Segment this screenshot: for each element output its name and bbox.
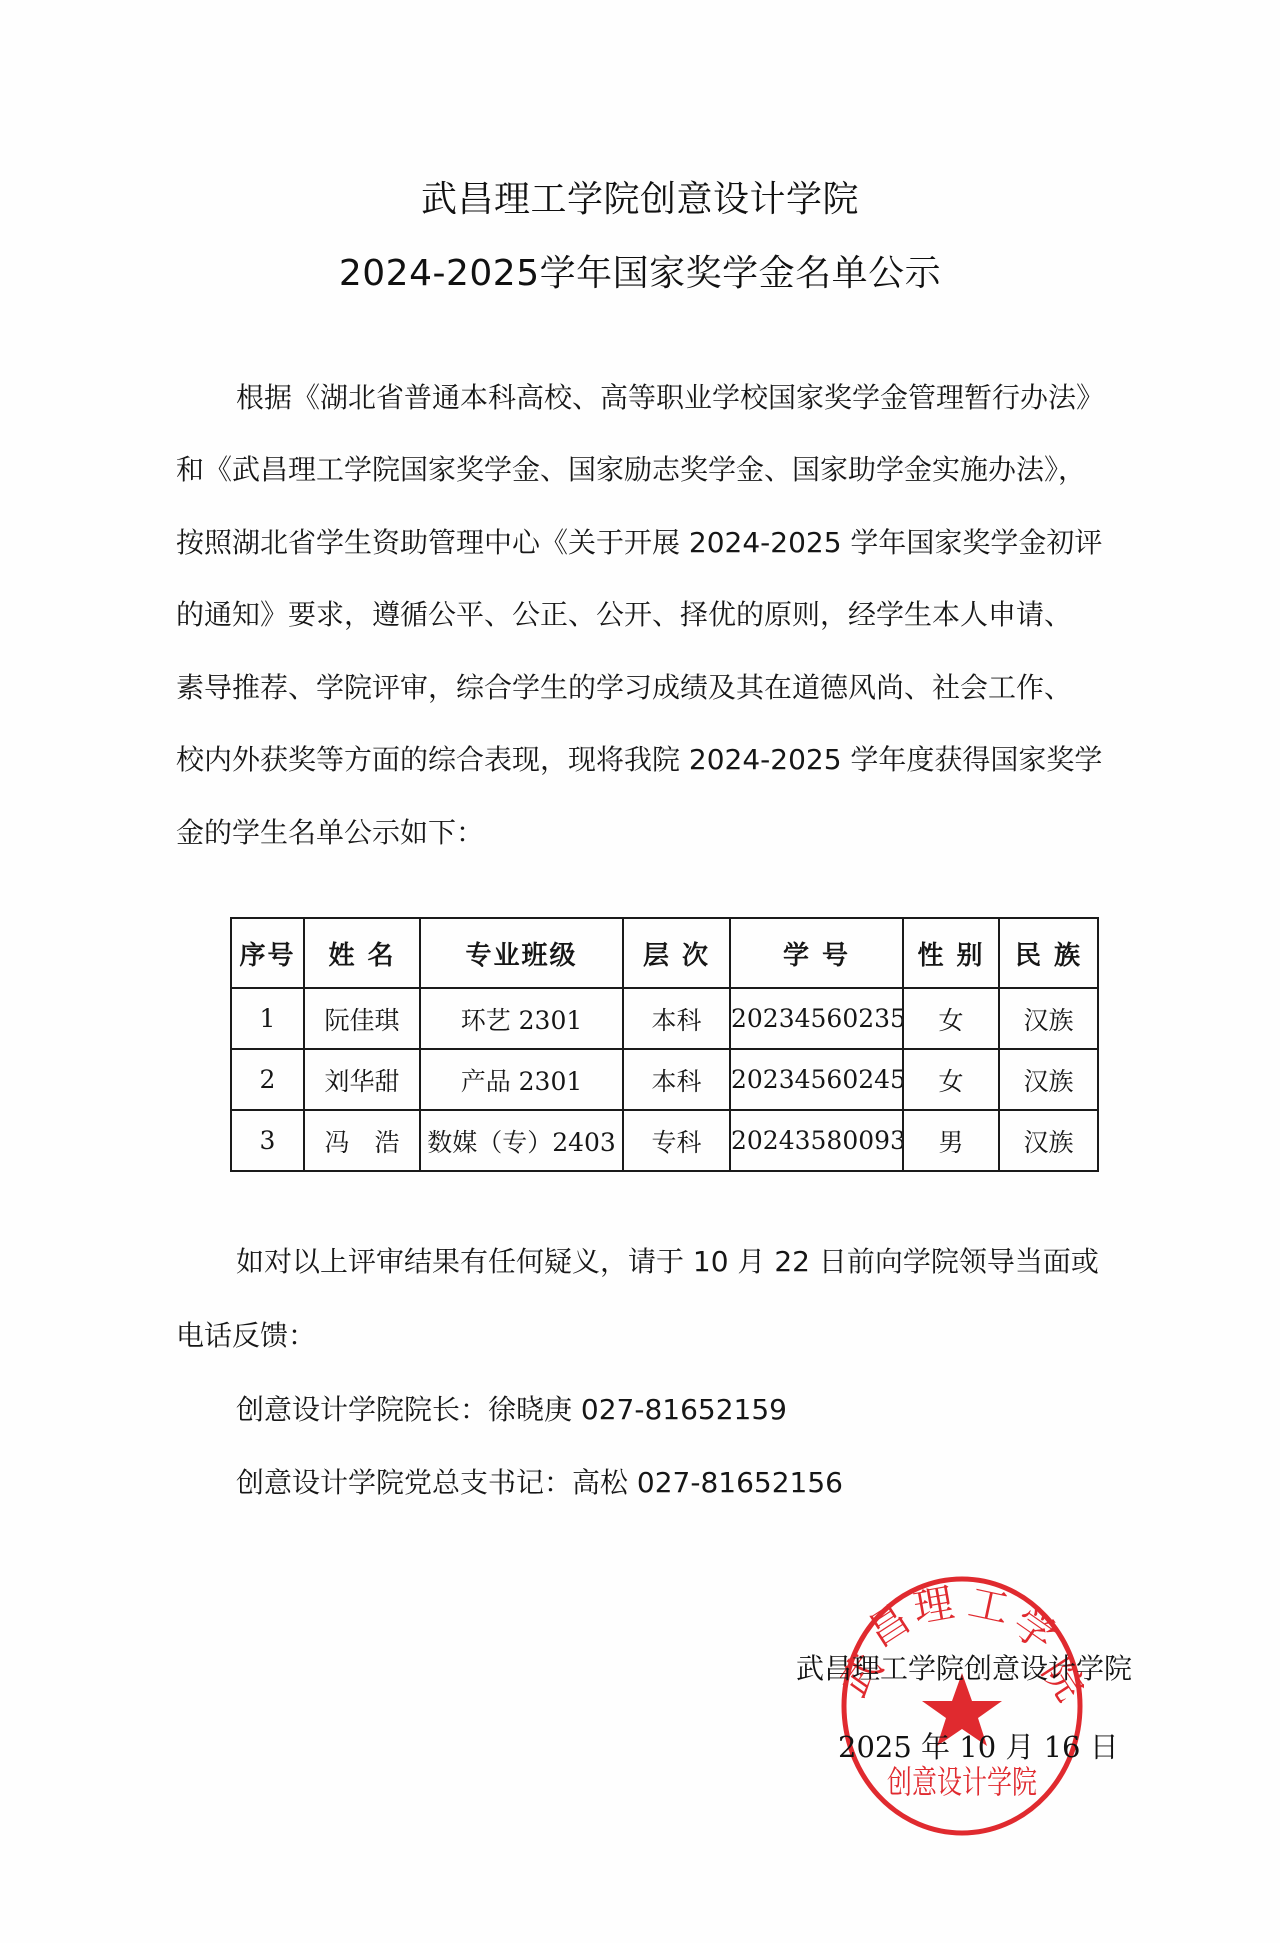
header-gender: 性 别: [903, 918, 999, 988]
cell-gender: 女: [903, 1049, 999, 1110]
document-title-line1: 武昌理工学院创意设计学院: [0, 178, 1280, 222]
cell-name: 阮佳琪: [304, 988, 420, 1049]
table-row: 3 冯 浩 数媒（专）2403 专科 20243580093 男 汉族: [231, 1110, 1098, 1171]
intro-line: 素导推荐、学院评审，综合学生的学习成绩及其在道德风尚、社会工作、: [176, 670, 1072, 706]
scholarship-roster-table: 序号 姓 名 专业班级 层 次 学 号 性 别 民 族 1 阮佳琪 环艺 230…: [230, 917, 1099, 1172]
feedback-line: 如对以上评审结果有任何疑义，请于 10 月 22 日前向学院领导当面或: [236, 1244, 1099, 1280]
table-row: 2 刘华甜 产品 2301 本科 20234560245 女 汉族: [231, 1049, 1098, 1110]
cell-level: 本科: [623, 1049, 730, 1110]
cell-name: 冯 浩: [304, 1110, 420, 1171]
signature-organization: 武昌理工学院创意设计学院: [796, 1652, 1132, 1686]
cell-major-class: 数媒（专）2403: [420, 1110, 623, 1171]
document-page: 武昌理工学院创意设计学院 2024-2025学年国家奖学金名单公示 根据《湖北省…: [0, 0, 1280, 1943]
cell-ethnicity: 汉族: [999, 1110, 1098, 1171]
cell-ethnicity: 汉族: [999, 1049, 1098, 1110]
cell-student-id: 20234560245: [730, 1049, 903, 1110]
svg-text:工: 工: [964, 1580, 1013, 1633]
header-student-id: 学 号: [730, 918, 903, 988]
header-level: 层 次: [623, 918, 730, 988]
cell-major-class: 产品 2301: [420, 1049, 623, 1110]
intro-line: 金的学生名单公示如下：: [176, 815, 484, 851]
header-major-class: 专业班级: [420, 918, 623, 988]
intro-line: 按照湖北省学生资助管理中心《关于开展 2024-2025 学年国家奖学金初评: [176, 525, 1102, 561]
official-seal-icon: 武 昌 理 工 学 院 创意设计学院: [840, 1575, 1084, 1837]
cell-major-class: 环艺 2301: [420, 988, 623, 1049]
cell-student-id: 20243580093: [730, 1110, 903, 1171]
cell-index: 2: [231, 1049, 304, 1110]
contact-dean: 创意设计学院院长：徐晓庚 027-81652159: [236, 1392, 787, 1428]
signature-date: 2025 年 10 月 16 日: [838, 1730, 1119, 1764]
cell-index: 3: [231, 1110, 304, 1171]
svg-text:昌: 昌: [860, 1596, 919, 1656]
intro-line: 校内外获奖等方面的综合表现，现将我院 2024-2025 学年度获得国家奖学: [176, 742, 1102, 778]
intro-line: 和《武昌理工学院国家奖学金、国家励志奖学金、国家助学金实施办法》，: [176, 452, 1086, 488]
cell-student-id: 20234560235: [730, 988, 903, 1049]
svg-text:创意设计学院: 创意设计学院: [887, 1763, 1037, 1801]
cell-index: 1: [231, 988, 304, 1049]
feedback-paragraph: 如对以上评审结果有任何疑义，请于 10 月 22 日前向学院领导当面或 电话反馈…: [176, 1244, 1156, 1354]
intro-line: 的通知》要求，遵循公平、公正、公开、择优的原则，经学生本人申请、: [176, 597, 1072, 633]
cell-gender: 女: [903, 988, 999, 1049]
cell-level: 专科: [623, 1110, 730, 1171]
svg-text:理: 理: [910, 1580, 957, 1632]
intro-line: 根据《湖北省普通本科高校、高等职业学校国家奖学金管理暂行办法》: [236, 380, 1104, 416]
cell-gender: 男: [903, 1110, 999, 1171]
document-title-line2: 2024-2025学年国家奖学金名单公示: [0, 252, 1280, 296]
header-name: 姓 名: [304, 918, 420, 988]
intro-paragraph: 根据《湖北省普通本科高校、高等职业学校国家奖学金管理暂行办法》 和《武昌理工学院…: [176, 380, 1156, 850]
header-ethnicity: 民 族: [999, 918, 1098, 988]
table-row: 1 阮佳琪 环艺 2301 本科 20234560235 女 汉族: [231, 988, 1098, 1049]
cell-ethnicity: 汉族: [999, 988, 1098, 1049]
header-index: 序号: [231, 918, 304, 988]
table-header-row: 序号 姓 名 专业班级 层 次 学 号 性 别 民 族: [231, 918, 1098, 988]
cell-name: 刘华甜: [304, 1049, 420, 1110]
contact-party-secretary: 创意设计学院党总支书记：高松 027-81652156: [236, 1465, 843, 1501]
feedback-line: 电话反馈：: [176, 1318, 316, 1354]
cell-level: 本科: [623, 988, 730, 1049]
